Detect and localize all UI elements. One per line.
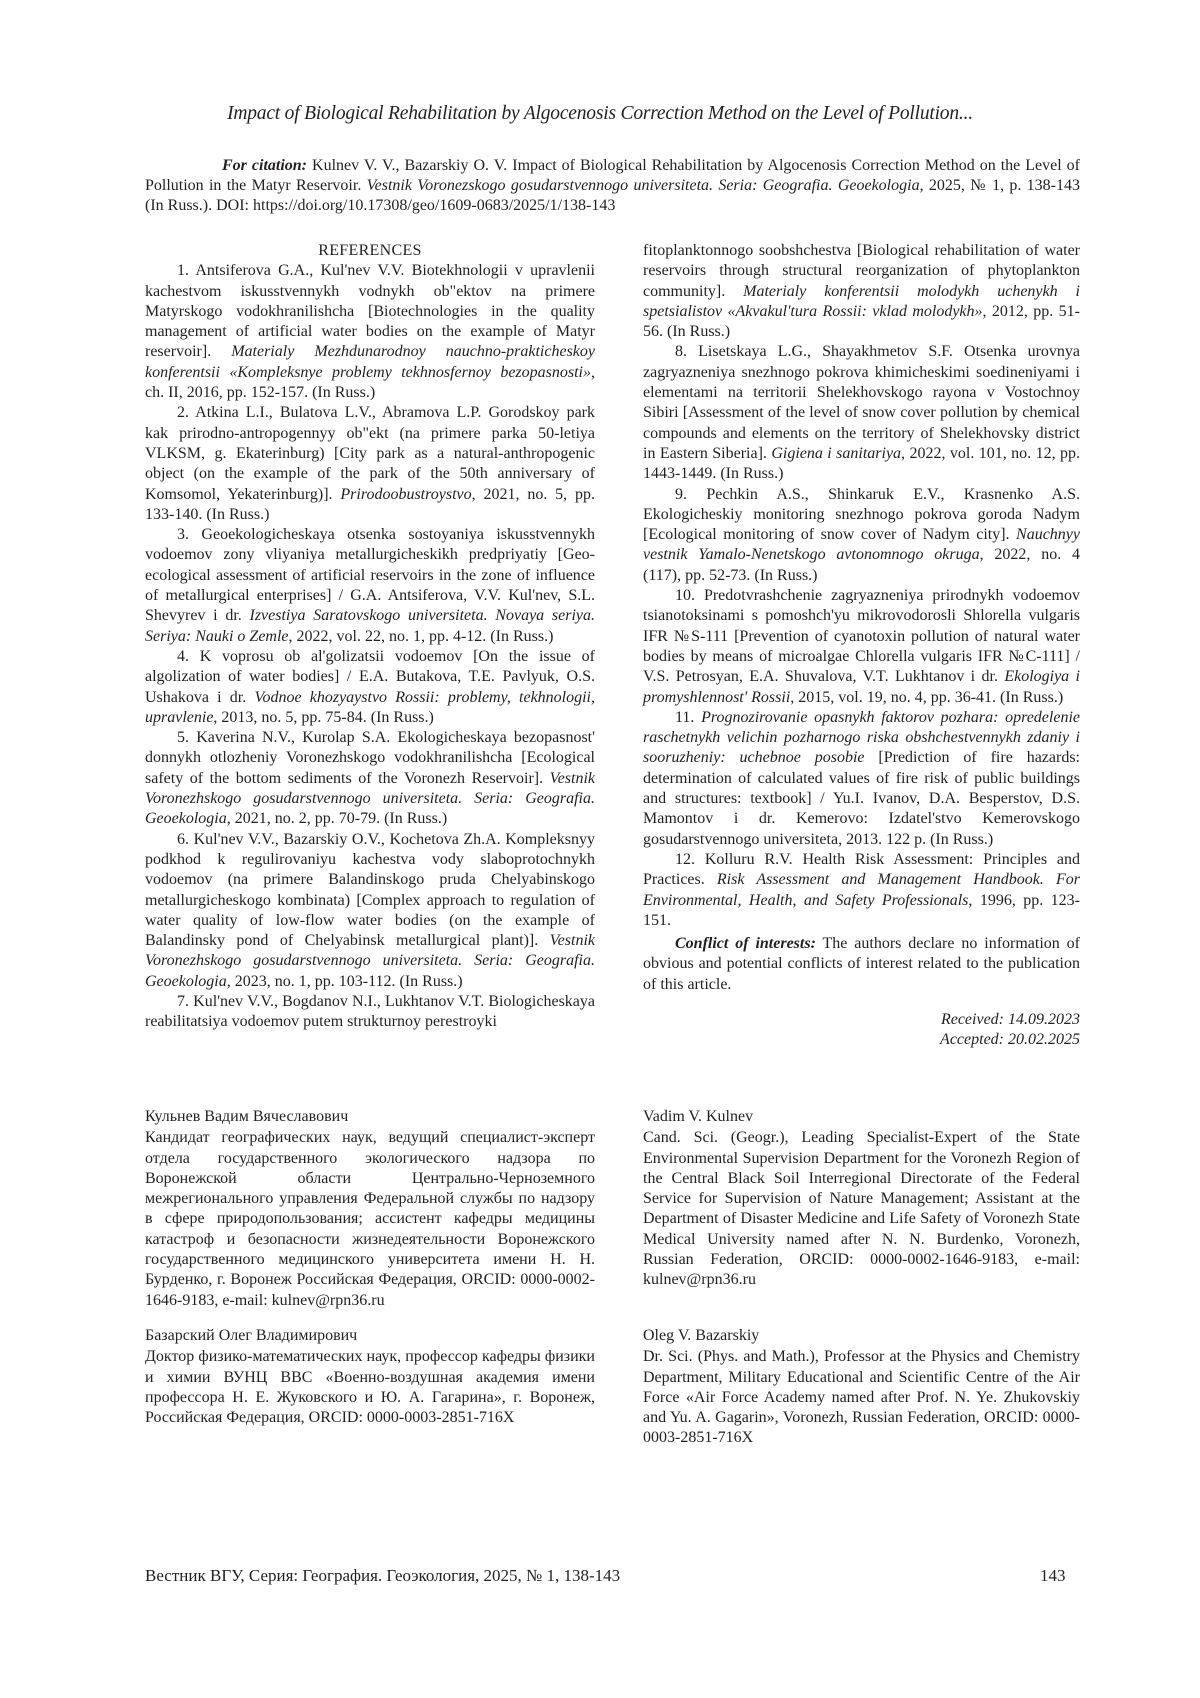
author-name: Базарский Олег Владимирович [145,1326,595,1346]
references-heading: REFERENCES [145,241,595,261]
author-bio: Dr. Sci. (Phys. and Math.), Professor at… [643,1347,1080,1448]
reference-item: 11. Prognozirovanie opasnykh faktorov po… [643,708,1080,850]
reference-item: 10. Predotvrashchenie zagryazneniya prir… [643,586,1080,708]
author-name: Кульнев Вадим Вячеславович [145,1107,595,1127]
author-bio: Доктор физико-математических наук, профе… [145,1347,595,1428]
author-info-en: Oleg V. Bazarskiy Dr. Sci. (Phys. and Ma… [643,1326,1080,1449]
references-column-right: fitoplanktonnogo soobshchestva [Biologic… [643,241,1080,1051]
author-info-ru: Кульнев Вадим Вячеславович Кандидат геог… [145,1107,595,1311]
footer-journal: Вестник ВГУ, Серия: География. Геоэколог… [145,1566,620,1586]
reference-item: 3. Geoekologicheskaya otsenka sostoyaniy… [145,525,595,647]
reference-item: 6. Kul'nev V.V., Bazarskiy O.V., Kocheto… [145,830,595,992]
author-info-en: Vadim V. Kulnev Cand. Sci. (Geogr.), Lea… [643,1107,1080,1291]
author-bio: Cand. Sci. (Geogr.), Leading Specialist-… [643,1128,1080,1290]
conflict-label: Conflict of interests: [675,935,816,952]
received-date: Received: 14.09.2023 [643,1010,1080,1030]
citation-journal: Vestnik Voronezskogo gosudarstvennogo un… [367,177,920,194]
reference-item: 4. K voprosu ob al'golizatsii vodoemov [… [145,647,595,728]
reference-item: 7. Kul'nev V.V., Bogdanov N.I., Lukhtano… [145,992,595,1033]
author-bio: Кандидат географических наук, ведущий сп… [145,1128,595,1311]
author-name: Vadim V. Kulnev [643,1107,1080,1127]
references-column-left: REFERENCES 1. Antsiferova G.A., Kul'nev … [145,241,595,1033]
reference-item: 8. Lisetskaya L.G., Shayakhmetov S.F. Ot… [643,342,1080,484]
author-name: Oleg V. Bazarskiy [643,1326,1080,1346]
citation-block: For citation: Kulnev V. V., Bazarskiy O.… [145,156,1080,216]
reference-item: 1. Antsiferova G.A., Kul'nev V.V. Biotek… [145,261,595,403]
reference-item: 2. Atkina L.I., Bulatova L.V., Abramova … [145,403,595,525]
article-dates: Received: 14.09.2023 Accepted: 20.02.202… [643,1010,1080,1051]
reference-item-continued: fitoplanktonnogo soobshchestva [Biologic… [643,241,1080,342]
reference-item: 9. Pechkin A.S., Shinkaruk E.V., Krasnen… [643,485,1080,586]
reference-item: 12. Kolluru R.V. Health Risk Assessment:… [643,850,1080,931]
running-title: Impact of Biological Rehabilitation by A… [0,103,1200,125]
author-info-ru: Базарский Олег Владимирович Доктор физик… [145,1326,595,1428]
reference-item: 5. Kaverina N.V., Kurolap S.A. Ekologich… [145,728,595,829]
citation-label: For citation: [222,157,307,174]
conflict-of-interests: Conflict of interests: The authors decla… [643,934,1080,995]
accepted-date: Accepted: 20.02.2025 [643,1030,1080,1050]
page-number: 143 [1040,1566,1066,1586]
